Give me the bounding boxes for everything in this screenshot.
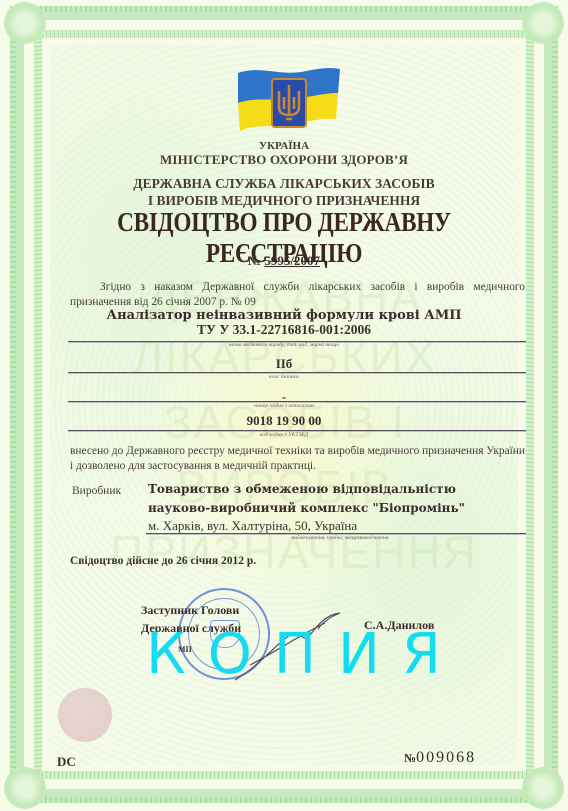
corner-ornament-icon (4, 2, 46, 44)
series-label: DC (57, 754, 76, 770)
divider (146, 533, 526, 534)
blank-number-value: 009068 (416, 749, 476, 766)
signatory-role-line1: Заступник Голови (141, 603, 239, 618)
manufacturer-label: Виробник (72, 485, 121, 497)
number-symbol: № (404, 751, 416, 765)
copy-stamp-overlay: КОПИЯ (146, 625, 463, 685)
uktzed-caption: код згідно з УКТЗЕД (60, 432, 508, 438)
catalog-caption: номер згідно з каталогом (60, 403, 508, 409)
product-name: Аналізатор неінвазивний формули крові АМ… (60, 308, 508, 323)
validity-text: Свідоцтво дійсне до 26 січня 2012 р. (70, 555, 256, 567)
certificate-page: ДЕРЖАВНА ЛІКАРСЬКИХ ЗАСОБІВ І ВИРОБІВ ПР… (0, 0, 568, 811)
product-caption: назва медичного виробу, тип, вид, марка … (60, 342, 508, 348)
divider (68, 372, 526, 373)
divider (68, 401, 526, 402)
manufacturer-caption: найменування, країна, місцезнаходження (240, 535, 440, 541)
manufacturer-address: м. Харків, вул. Халтуріна, 50, Україна (148, 518, 357, 534)
divider (68, 430, 526, 431)
product-spec: ТУ У 33.1-22716816-001:2006 (60, 322, 508, 338)
country-heading: УКРАЇНА (60, 140, 508, 152)
corner-ornament-icon (522, 2, 564, 44)
service-heading-line1: ДЕРЖАВНА СЛУЖБА ЛІКАРСЬКИХ ЗАСОБІВ (60, 176, 508, 192)
corner-ornament-icon (522, 767, 564, 809)
manufacturer-line1: Товариство з обмеженою відповідальністю (148, 482, 456, 496)
ukraine-flag-icon (236, 63, 342, 139)
uktzed-code: 9018 19 90 00 (60, 413, 508, 429)
hologram-sticker-icon (58, 688, 112, 742)
ministry-heading: МІНІСТЕРСТВО ОХОРОНИ ЗДОРОВ’Я (60, 152, 508, 168)
safety-class: ІІб (60, 356, 508, 372)
manufacturer-line2: науково-виробничий комплекс "Біопромінь" (148, 501, 465, 515)
safety-class-caption: клас безпеки (60, 374, 508, 380)
registration-number-value: 5995/2007 (264, 253, 320, 268)
registration-number: № 5995/2007 (60, 253, 508, 269)
registration-number-prefix: № (248, 253, 264, 268)
registry-paragraph: внесено до Державного реєстру медичної т… (70, 444, 525, 474)
order-paragraph: Згідно з наказом Державної служби лікарс… (70, 280, 525, 310)
blank-number: №009068 (404, 749, 476, 767)
corner-ornament-icon (4, 767, 46, 809)
